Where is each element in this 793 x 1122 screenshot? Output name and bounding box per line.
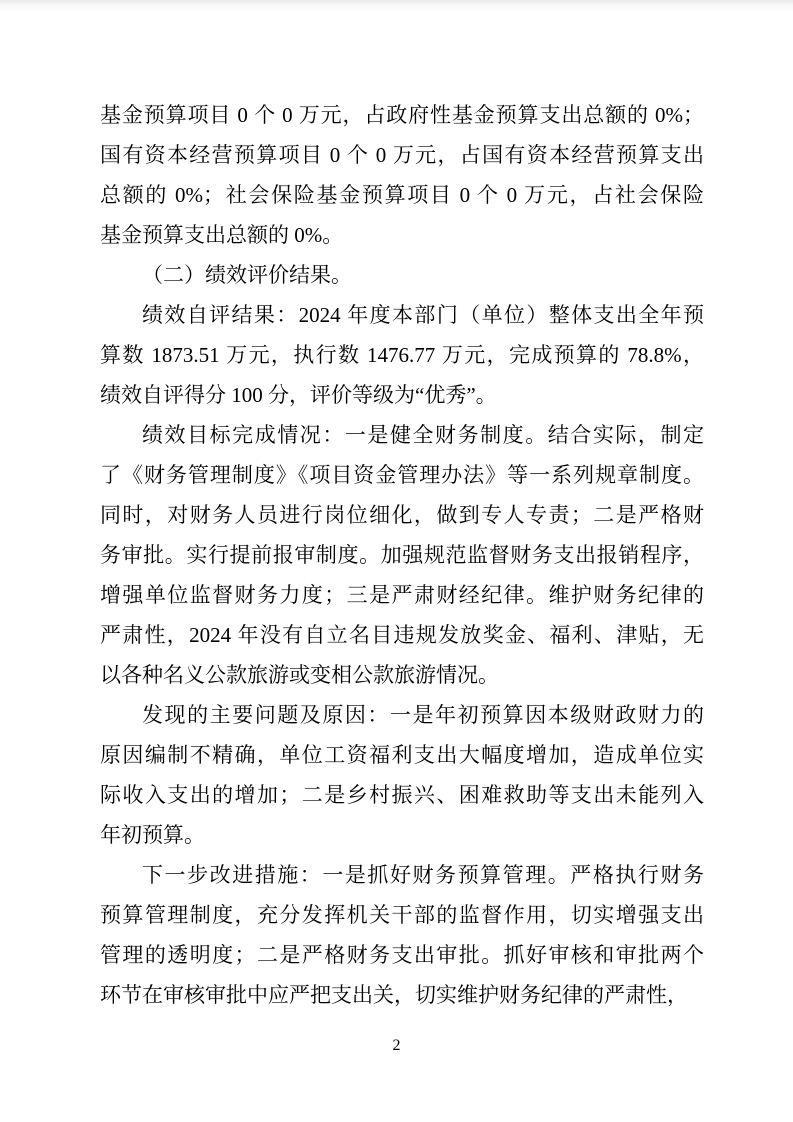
document-body: 基金预算项目 0 个 0 万元，占政府性基金预算支出总额的 0%；国有资本经营预… [100,95,704,1015]
page-top-shadow [0,0,793,12]
text-line: 发现的主要问题及原因：一是年初预算因本级财政财力的 [100,695,704,735]
text-line: 下一步改进措施：一是抓好财务预算管理。严格执行财务 [100,855,704,895]
text-line: 基金预算支出总额的 0%。 [100,215,704,255]
text-line: 原因编制不精确，单位工资福利支出大幅度增加，造成单位实 [100,735,704,775]
text-line: 绩效目标完成情况：一是健全财务制度。结合实际，制定 [100,415,704,455]
text-line: 以各种名义公款旅游或变相公款旅游情况。 [100,655,704,695]
text-line: 环节在审核审批中应严把支出关，切实维护财务纪律的严肃性， [100,975,704,1015]
text-line: 务审批。实行提前报审制度。加强规范监督财务支出报销程序， [100,535,704,575]
paragraph: 下一步改进措施：一是抓好财务预算管理。严格执行财务预算管理制度，充分发挥机关干部… [100,855,704,1015]
text-line: 增强单位监督财务力度；三是严肃财经纪律。维护财务纪律的 [100,575,704,615]
text-line: 年初预算。 [100,815,704,855]
page-number: 2 [0,1036,793,1056]
document-page: 基金预算项目 0 个 0 万元，占政府性基金预算支出总额的 0%；国有资本经营预… [0,0,793,1122]
paragraph: 基金预算项目 0 个 0 万元，占政府性基金预算支出总额的 0%；国有资本经营预… [100,95,704,255]
text-line: 总额的 0%；社会保险基金预算项目 0 个 0 万元，占社会保险 [100,175,704,215]
text-line: 绩效自评结果：2024 年度本部门（单位）整体支出全年预 [100,295,704,335]
text-line: 国有资本经营预算项目 0 个 0 万元，占国有资本经营预算支出 [100,135,704,175]
paragraph: 绩效目标完成情况：一是健全财务制度。结合实际，制定了《财务管理制度》《项目资金管… [100,415,704,695]
paragraph: 发现的主要问题及原因：一是年初预算因本级财政财力的原因编制不精确，单位工资福利支… [100,695,704,855]
text-line: 际收入支出的增加；二是乡村振兴、困难救助等支出未能列入 [100,775,704,815]
text-line: 基金预算项目 0 个 0 万元，占政府性基金预算支出总额的 0%； [100,95,704,135]
text-line: 绩效自评得分 100 分，评价等级为“优秀”。 [100,375,704,415]
text-line: 预算管理制度，充分发挥机关干部的监督作用，切实增强支出 [100,895,704,935]
text-line: 严肃性，2024 年没有自立名目违规发放奖金、福利、津贴，无 [100,615,704,655]
text-line: 算数 1873.51 万元，执行数 1476.77 万元，完成预算的 78.8%… [100,335,704,375]
text-line: 同时，对财务人员进行岗位细化，做到专人专责；二是严格财 [100,495,704,535]
text-line: 了《财务管理制度》《项目资金管理办法》等一系列规章制度。 [100,455,704,495]
paragraph: 绩效自评结果：2024 年度本部门（单位）整体支出全年预算数 1873.51 万… [100,295,704,415]
paragraph: （二）绩效评价结果。 [100,255,704,295]
text-line: 管理的透明度；二是严格财务支出审批。抓好审核和审批两个 [100,935,704,975]
text-line: （二）绩效评价结果。 [100,255,704,295]
